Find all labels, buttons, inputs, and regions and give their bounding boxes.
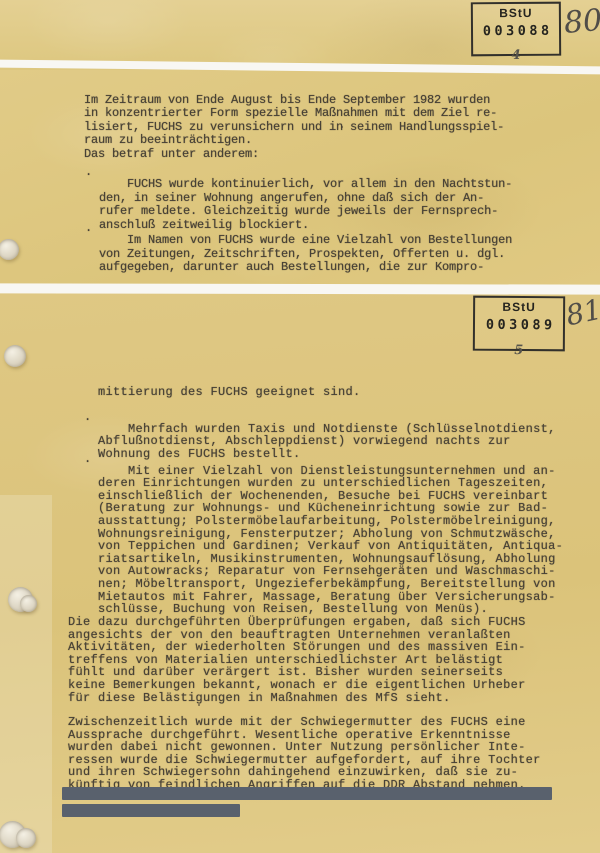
bullet-marker: .	[85, 166, 92, 179]
hole-punch	[16, 828, 36, 848]
bstu-stamp-page1: BStU 003088 4	[471, 2, 561, 57]
bullet-text: Im Namen von FUCHS wurde eine Vielzahl v…	[99, 233, 512, 274]
redaction-bar	[62, 804, 240, 817]
paragraph-intro: Im Zeitraum von Ende August bis Ende Sep…	[84, 94, 504, 161]
stamp-handwritten-annotation: 4	[473, 48, 559, 64]
paper-speck	[266, 267, 269, 270]
bstu-stamp-number: 003089	[475, 317, 563, 334]
stamp-handwritten-annotation: 5	[475, 343, 563, 359]
bstu-stamp-agency: BStU	[475, 300, 563, 315]
hole-punch	[20, 595, 37, 612]
paper-speck	[341, 126, 343, 128]
paragraph: Die dazu durchgeführten Überprüfungen er…	[68, 616, 526, 704]
handwritten-page-number: 81	[563, 293, 600, 333]
bullet-text: Mit einer Vielzahl von Dienstleistungsun…	[98, 464, 563, 617]
hole-punch	[4, 345, 26, 367]
bullet-marker: .	[85, 222, 92, 235]
bstu-stamp-page2: BStU 003089 5	[473, 296, 565, 352]
bstu-stamp-number: 003088	[473, 23, 559, 40]
bullet-item: .Mit einer Vielzahl von Dienstleistungsu…	[98, 452, 563, 628]
handwritten-page-number: 80.	[563, 2, 600, 41]
paragraph-continuation: mittierung des FUCHS geeignet sind.	[98, 386, 361, 399]
paper-patch	[0, 495, 52, 853]
paragraph: Zwischenzeitlich wurde mit der Schwieger…	[68, 716, 541, 792]
bullet-marker: .	[84, 411, 92, 424]
redaction-bar	[62, 787, 552, 800]
bstu-stamp-agency: BStU	[473, 6, 559, 21]
bullet-marker: .	[84, 453, 92, 466]
paper-speck	[198, 704, 200, 706]
scan-gap-divider	[0, 283, 600, 294]
bullet-item: .Im Namen von FUCHS wurde eine Vielzahl …	[99, 221, 512, 288]
